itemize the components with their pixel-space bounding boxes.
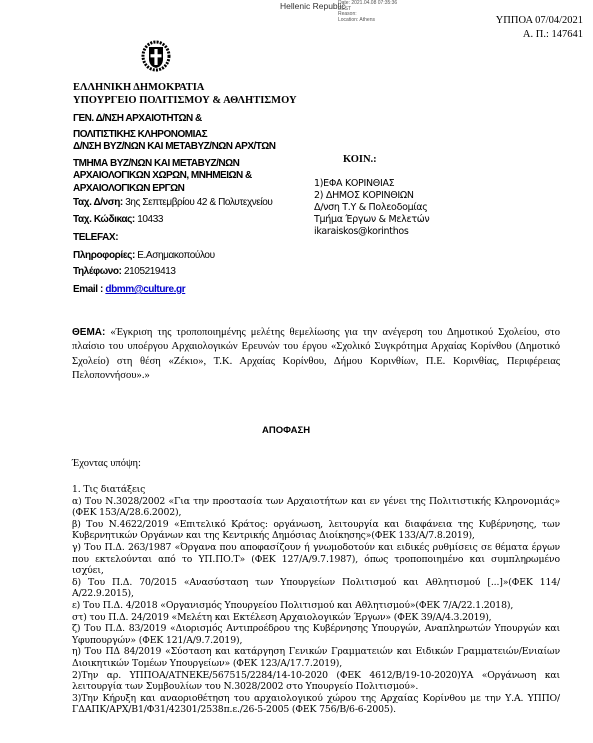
address-value: 3ης Σεπτεμβρίου 42 & Πολυτεχνείου [125,197,272,208]
signature-location: Location: Athens [338,18,397,24]
department-line: Δ/ΝΣΗ ΒΥΖ/ΝΩΝ ΚΑΙ ΜΕΤΑΒΥΖ/ΝΩΝ ΑΡΧ/ΤΩΝ [73,141,275,152]
provision-item: α) Του Ν.3028/2002 «Για την προστασία τω… [72,496,560,519]
department-line: ΑΡΧΑΙΟΛΟΓΙΚΩΝ ΧΩΡΩΝ, ΜΝΗΜΕΙΩΝ & [73,170,252,181]
telefax-label: TELEFAX: [73,232,118,243]
department-line: ΓΕΝ. Δ/ΝΣΗ ΑΡΧΑΙΟΤΗΤΩΝ & [73,113,202,124]
country-name: ΕΛΛΗΝΙΚΗ ΔΗΜΟΚΡΑΤΙΑ [73,81,204,94]
info-contact-value: Ε.Ασημακοπούλου [137,250,214,261]
address-row: Ταχ. Δ/νση: 3ης Σεπτεμβρίου 42 & Πολυτεχ… [73,197,273,208]
preamble: Έχοντας υπόψη: [72,458,141,469]
provision-item: η) Του ΠΔ 84/2019 «Σύσταση και κατάργηση… [72,646,560,669]
subject-paragraph: ΘΕΜΑ: «Έγκριση της τροποποιημένης μελέτη… [72,326,560,384]
protocol-date: ΥΠΠΟΑ 07/04/2021 [496,14,583,28]
cc-recipient: ikaraiskos@korinthos [314,226,429,238]
email-row: Email : dbmm@culture.gr [73,284,185,295]
department-line: ΑΡΧΑΙΟΛΟΓΙΚΩΝ ΕΡΓΩΝ [73,183,184,194]
greek-coat-of-arms-icon [141,40,171,72]
info-contact-row: Πληροφορίες: Ε.Ασημακοπούλου [73,250,215,261]
info-contact-label: Πληροφορίες: [73,250,135,261]
cc-recipient: 2) ΔΗΜΟΣ ΚΟΡΙΝΘΙΩΝ [314,190,429,202]
protocol-number: Α. Π.: 147641 [496,28,583,42]
department-line: ΠΟΛΙΤΙΣΤΙΚΗΣ ΚΛΗΡΟΝΟΜΙΑΣ [73,129,207,140]
provision-item: γ) Του Π.Δ. 263/1987 «Όργανα που αποφασί… [72,542,560,577]
telefax-row: TELEFAX: [73,232,118,243]
postal-code-label: Ταχ. Κώδικας: [73,214,135,225]
provision-item-2: 2)Την αρ. ΥΠΠΟΑ/ΑΤΝΕΚΕ/567515/2284/14-10… [72,670,560,693]
phone-row: Τηλέφωνο: 2105219413 [73,266,176,277]
cc-recipient: Δ/νση Τ.Υ & Πολεοδομίας [314,202,429,214]
provision-item: ζ) Του Π.Δ. 83/2019 «Διορισμός Αντιπροέδ… [72,623,560,646]
phone-label: Τηλέφωνο: [73,266,122,277]
subject-label: ΘΕΜΑ: [72,327,105,338]
decision-title: ΑΠΟΦΑΣΗ [262,425,310,436]
provisions-heading: 1. Τις διατάξεις [72,484,560,496]
cc-recipients: 1)ΕΦΑ ΚΟΡΙΝΘΙΑΣ 2) ΔΗΜΟΣ ΚΟΡΙΝΘΙΩΝ Δ/νση… [314,178,429,238]
department-line: ΤΜΗΜΑ ΒΥΖ/ΝΩΝ ΚΑΙ ΜΕΤΑΒΥΖ/ΝΩΝ [73,158,239,169]
email-label: Email : [73,284,103,295]
postal-code-value: 10433 [137,214,163,225]
provision-item: δ) Του Π.Δ. 70/2015 «Ανασύσταση των Υπου… [72,577,560,600]
provision-item-3: 3)Την Κήρυξη και αναοριοθέτηση του αρχαι… [72,693,560,716]
phone-value: 2105219413 [124,266,176,277]
address-label: Ταχ. Δ/νση: [73,197,123,208]
cc-recipient: 1)ΕΦΑ ΚΟΡΙΝΘΙΑΣ [314,178,429,190]
signature-signer: Hellenic Republic [280,1,346,11]
ministry-name: ΥΠΟΥΡΓΕΙΟ ΠΟΛΙΤΙΣΜΟΥ & ΑΘΛΗΤΙΣΜΟΥ [73,94,297,107]
cc-recipient: Τμήμα Έργων & Μελετών [314,214,429,226]
signature-details: Date: 2021.04.08 07:35:36 EEST Reason: L… [338,1,397,23]
provision-item: ε) Του Π.Δ. 4/2018 «Οργανισμός Υπουργείο… [72,600,560,612]
provision-item: β) Του Ν.4622/2019 «Επιτελικό Κράτος: ορ… [72,519,560,542]
provision-item: στ) του Π.Δ. 24/2019 «Μελέτη και Εκτέλεσ… [72,612,560,624]
protocol-reference: ΥΠΠΟΑ 07/04/2021 Α. Π.: 147641 [496,14,583,42]
provisions-section: 1. Τις διατάξεις α) Του Ν.3028/2002 «Για… [72,484,560,716]
subject-text: «Έγκριση της τροποποιημένης μελέτης θεμε… [72,327,560,381]
email-link[interactable]: dbmm@culture.gr [105,284,185,295]
cc-label: ΚΟΙΝ.: [343,154,377,165]
postal-code-row: Ταχ. Κώδικας: 10433 [73,214,163,225]
